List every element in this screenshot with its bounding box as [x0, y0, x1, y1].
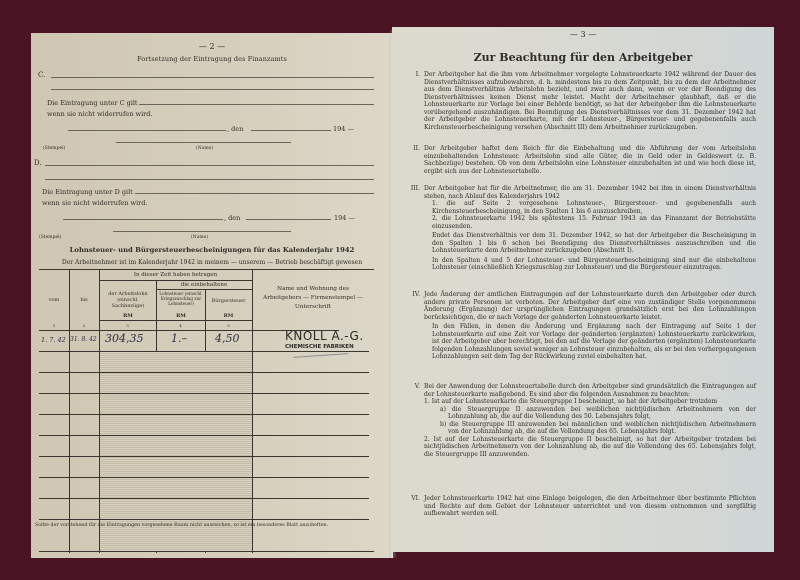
section-number: IV. [406, 291, 420, 299]
header-group: In dieser Zeit haben betragen [99, 272, 252, 278]
left-page: — 2 — Fortsetzung der Eintragung des Fin… [31, 33, 393, 558]
header-lohnsteuer: Lohnsteuer (einschl. Kriegszuschlag zur … [157, 291, 205, 306]
section-2: II. Der Arbeitgeber haftet dem Reich für… [406, 145, 756, 175]
entry-d-revoke-text: wenn sie nicht widerrufen wird. [42, 199, 147, 207]
entry-d-den: , den [224, 214, 240, 222]
entry-d-line-1 [45, 165, 374, 166]
list-item: 2. Ist auf der Lohnsteuerkarte die Steue… [424, 436, 756, 459]
section-number: II. [406, 145, 420, 153]
entry-c-valid-text: Die Eintragung unter C gilt [47, 99, 138, 107]
section-4: IV. Jede Änderung der amtlichen Eintragu… [406, 291, 756, 361]
header-von: vom [39, 297, 69, 303]
col-number-5: 5 [205, 323, 252, 329]
row-von: 1. 7. 42 [41, 336, 66, 344]
entry-c-valid-line [139, 104, 374, 105]
entry-d-stamp-label: (Stempel) [39, 235, 61, 240]
row-arbeitslohn: 304,35 [105, 332, 144, 345]
entry-d-name-label: (Name) [191, 235, 208, 240]
section-text: Jede Änderung der amtlichen Eintragungen… [424, 291, 756, 321]
list-item: a) die Steuergruppe II anzuwenden bei we… [440, 406, 756, 421]
paragraph: Endet das Dienstverhältnis vor dem 31. D… [432, 232, 756, 255]
section-3: III. Der Arbeitgeber hat für die Arbeitn… [406, 185, 756, 272]
list-item: 1. die auf Seite 2 vorgesehene Lohnsteue… [432, 200, 756, 215]
header-arbeitslohn: der Arbeitslohn (einschl. Sachbezüge) [101, 291, 155, 309]
section-6: VI. Jeder Lohnsteuerkarte 1942 hat eine … [406, 495, 756, 518]
section-text: Der Arbeitgeber haftet dem Reich für die… [424, 145, 756, 175]
currency-col-5: RM [205, 313, 252, 319]
row-buergersteuer: 4,50 [215, 332, 240, 345]
section-text: Der Arbeitgeber hat für die Arbeitnehmer… [424, 185, 756, 200]
section-5: V. Bei der Anwendung der Lohnsteuertabel… [406, 383, 756, 458]
section-number: III. [406, 185, 420, 193]
row-bis: 31. 8. 42 [70, 336, 97, 343]
entry-d-place-line [63, 219, 223, 220]
certificate-title: Lohnsteuer- und Bürgersteuerbescheinigun… [31, 246, 393, 254]
currency-col-4: RM [157, 313, 205, 319]
entry-c-year: 194 — [333, 125, 354, 133]
entry-c-stamp-label: (Stempel) [43, 146, 65, 151]
shaded-amount-columns [100, 351, 252, 551]
page-number: — 3 — [392, 30, 774, 39]
entry-d-line-2 [45, 179, 374, 180]
entry-d-valid-line [135, 193, 374, 194]
header-einbehaltene: die einbehaltene [156, 282, 252, 288]
paragraph: In den Fällen, in denen die Änderung und… [432, 323, 756, 361]
col-number-2: 2 [69, 323, 99, 329]
entry-d-valid-text: Die Eintragung unter D gilt [42, 188, 133, 196]
certificate-subtitle: Der Arbeitnehmer ist im Kalenderjahr 194… [31, 259, 393, 266]
col-number-4: 4 [156, 323, 205, 329]
col-number-1: 1 [39, 323, 69, 329]
list-item: b) die Steuergruppe III anzuwenden bei m… [440, 421, 756, 436]
section-number: VI. [406, 495, 420, 503]
header-employer: Name und Wohnung des Arbeitgebers — Firm… [263, 285, 363, 312]
entry-c-date-line [251, 130, 331, 131]
list-item: 2. die Lohnsteuerkarte 1942 bis späteste… [432, 215, 756, 230]
section-text: Bei der Anwendung der Lohnsteuertabelle … [424, 383, 756, 398]
page-number: — 2 — [31, 42, 393, 51]
header-bis: bis [69, 297, 99, 303]
entry-d-name-line [113, 231, 291, 232]
entry-d-label: D. [34, 159, 42, 167]
section-text: Der Arbeitgeber hat die ihm vom Arbeitne… [424, 71, 756, 131]
section-number: I. [406, 71, 420, 79]
section-1: I. Der Arbeitgeber hat die ihm vom Arbei… [406, 71, 756, 131]
entry-c-name-label: (Name) [196, 146, 213, 151]
entry-c-place-line [68, 130, 226, 131]
page-title: Zur Beachtung für den Arbeitgeber [392, 51, 774, 64]
list-item: 1. Ist auf der Lohnsteuerkarte die Steue… [424, 398, 756, 406]
company-stamp-name: KNOLL A.-G. [285, 329, 364, 343]
currency-col-3: RM [101, 313, 155, 319]
entry-c-revoke-text: wenn sie nicht widerrufen wird. [47, 110, 152, 118]
right-page: — 3 — Zur Beachtung für den Arbeitgeber … [392, 27, 774, 552]
entry-c-line-2 [51, 89, 374, 90]
col-number-3: 3 [99, 323, 156, 329]
paragraph: In den Spalten 4 und 5 der Lohnsteuer- u… [432, 257, 756, 272]
entry-d-date-line [246, 219, 331, 220]
entry-c-den: , den [227, 125, 243, 133]
row-lohnsteuer: 1.– [171, 332, 187, 345]
footnote: Sollte der vorstehend für die Eintragung… [35, 523, 328, 528]
entry-c-label: C. [38, 71, 45, 79]
header-buergersteuer: Bürgersteuer [205, 298, 252, 304]
entry-c-name-line [116, 142, 291, 143]
continuation-heading: Fortsetzung der Eintragung des Finanzamt… [31, 55, 393, 63]
entry-c-line-1 [51, 77, 374, 78]
entry-d-year: 194 — [334, 214, 355, 222]
section-text: Jeder Lohnsteuerkarte 1942 hat eine Einl… [424, 495, 756, 518]
section-number: V. [406, 383, 420, 391]
